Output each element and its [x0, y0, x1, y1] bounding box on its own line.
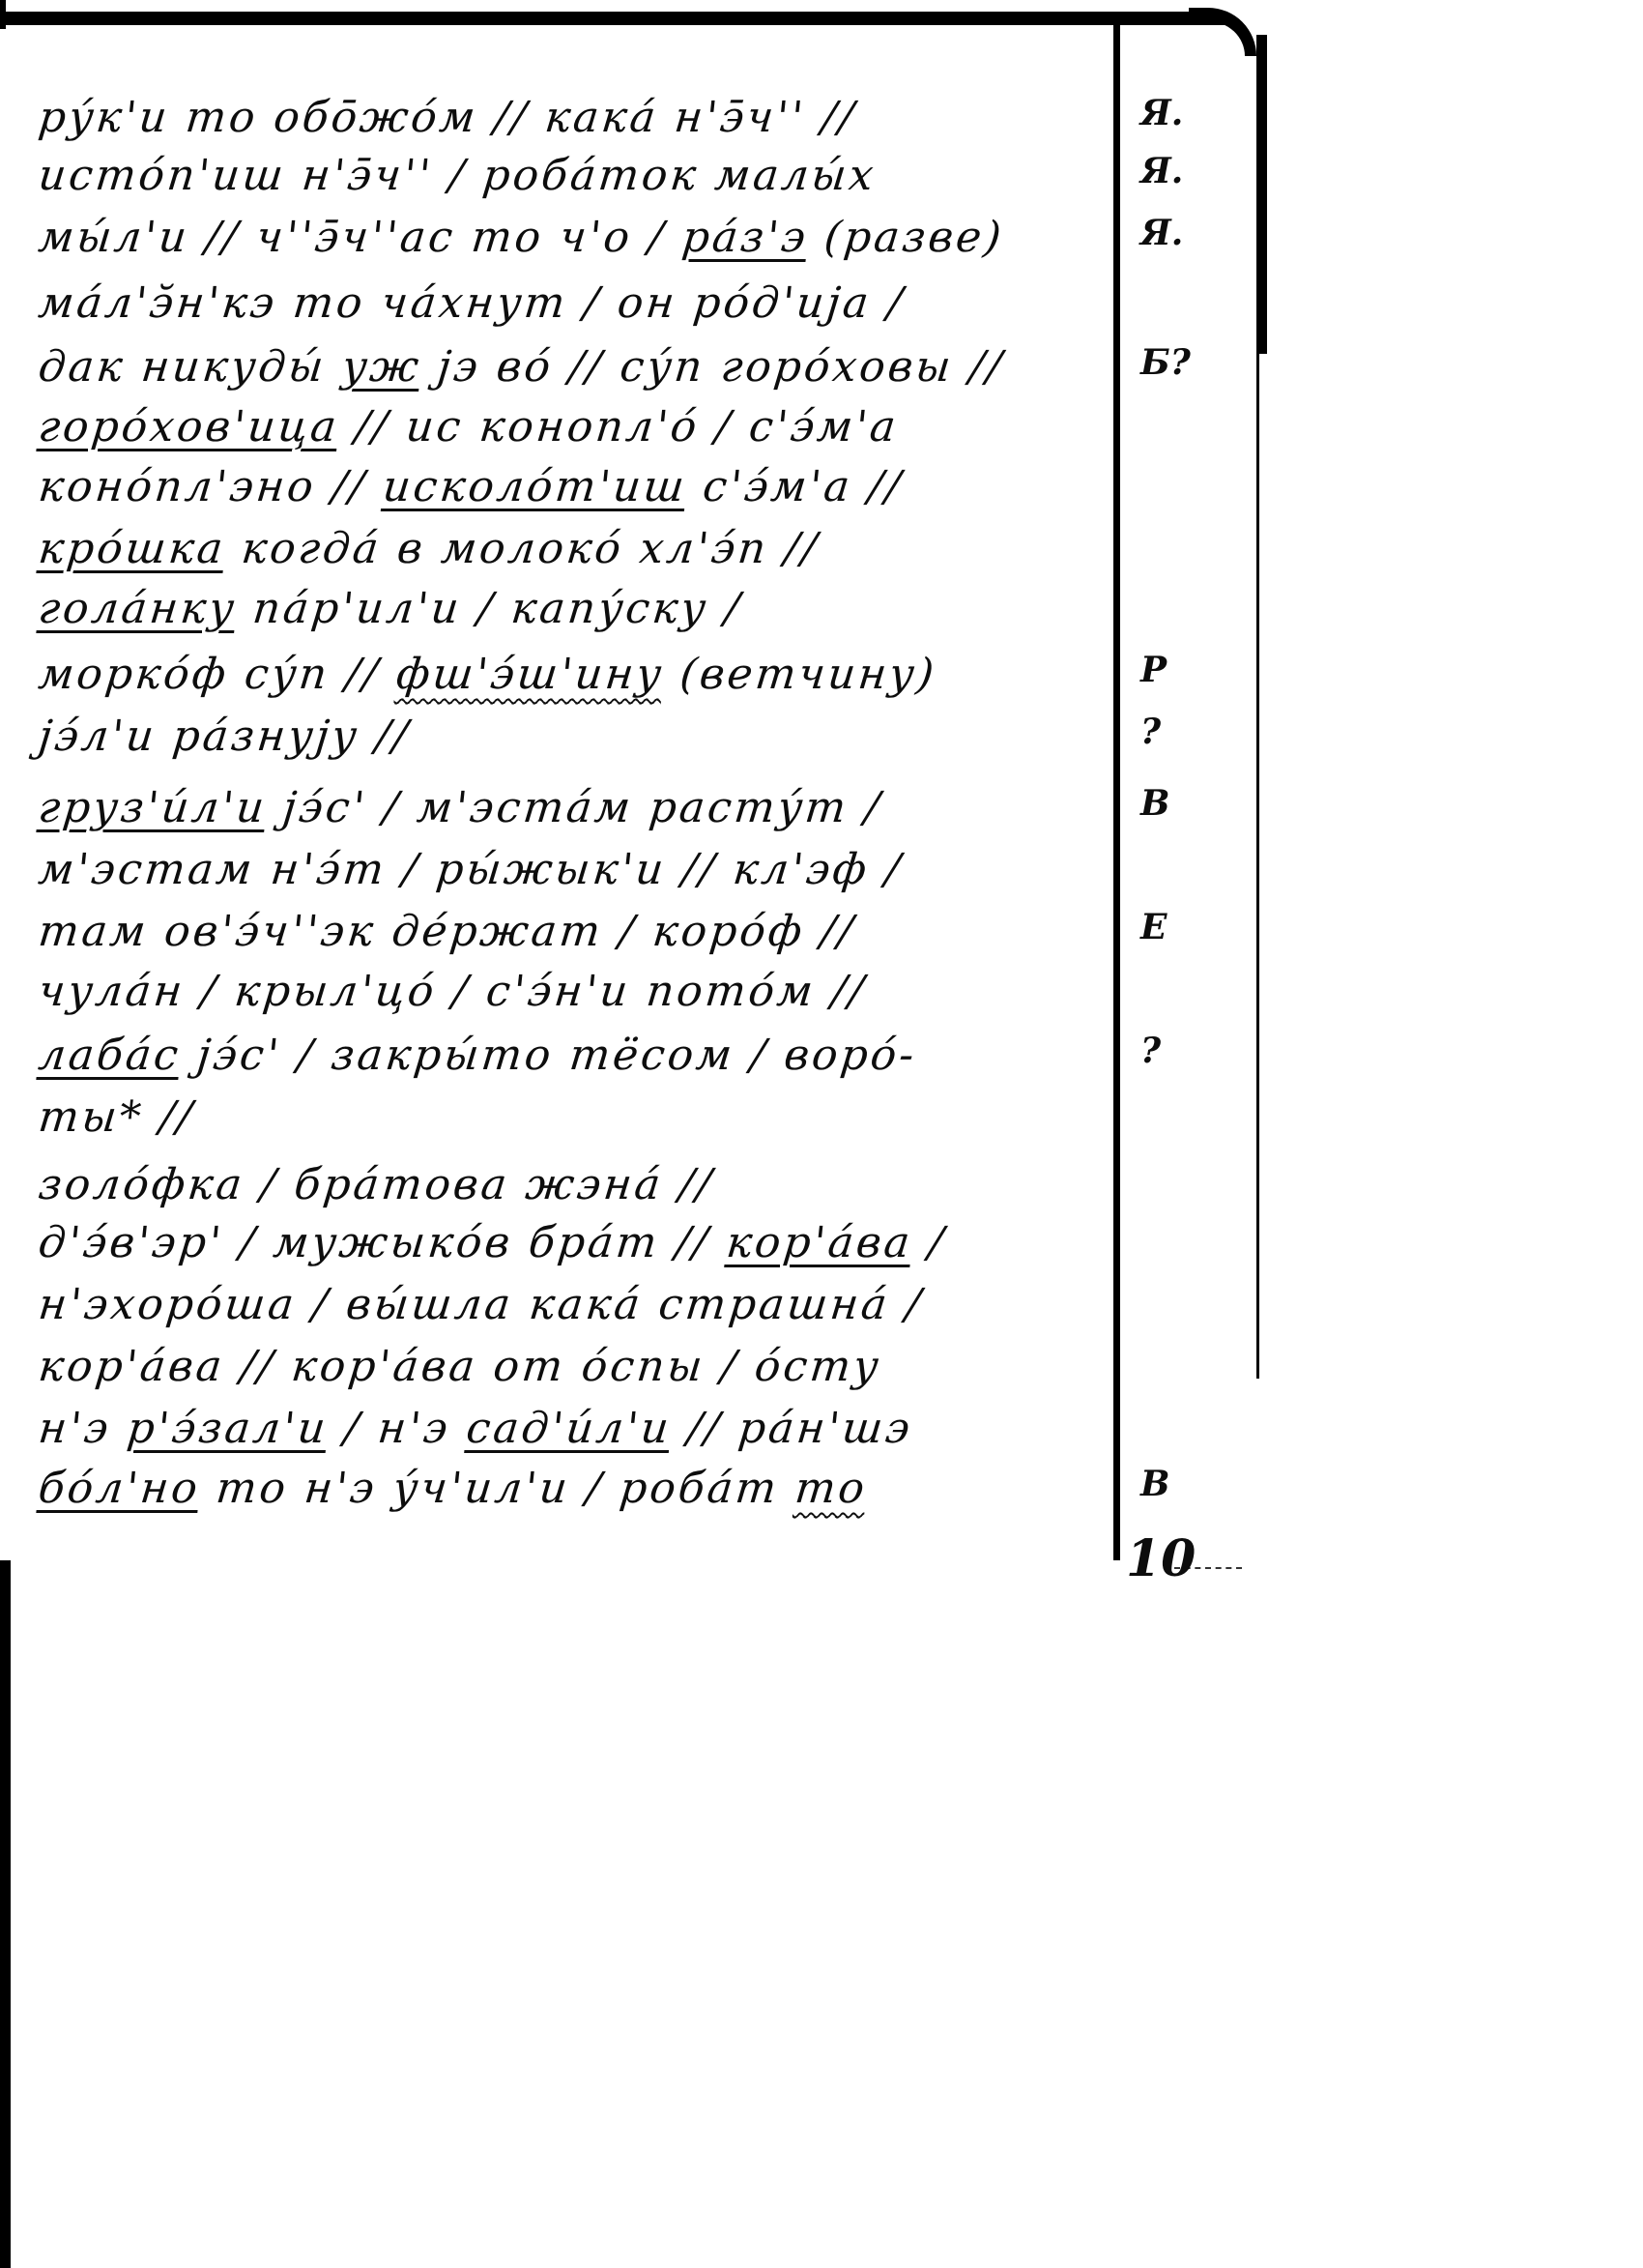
manuscript-line: мы́л'и // ч''э̄ч''ас то ч'о / ра́з'э (ра…: [36, 213, 1006, 262]
margin-annotation: Р: [1140, 650, 1167, 690]
margin-annotation: В: [1140, 1464, 1169, 1504]
underlined-word: гола́нку: [36, 584, 239, 633]
line-text: jэ во́ // су́п горо́ховы //: [418, 342, 1007, 392]
manuscript-line: бо́л'но то н'э у́ч'ил'и / роба́т то: [36, 1464, 869, 1513]
line-text: кор'а́ва // кор'а́ва от о́спы / о́сту: [36, 1342, 883, 1391]
line-text: ты* //: [36, 1092, 197, 1142]
underlined-word: лаба́с: [36, 1031, 183, 1080]
scanned-page: ру́к'и то обо̄жо́м // кака́ н'э̄ч'' //ис…: [0, 0, 1643, 2268]
line-text: jэ́с' / закры́то тёсом / воро́-: [178, 1031, 919, 1080]
line-text: / н'э: [326, 1404, 470, 1453]
manuscript-line: морко́ф су́п // фш'э́ш'ину (ветчину): [36, 650, 938, 699]
line-text: с'э́м'а //: [684, 462, 906, 511]
manuscript-line: гола́нку па́р'ил'и / капу́ску /: [36, 584, 744, 633]
page-right-border: [1256, 35, 1267, 354]
manuscript-line: м'эстам н'э́т / ры́жык'и // кл'эф /: [36, 845, 905, 894]
manuscript-line: кор'а́ва // кор'а́ва от о́спы / о́сту: [36, 1342, 883, 1391]
underlined-word: исколо́т'иш: [381, 462, 689, 511]
line-text: н'э: [36, 1404, 130, 1453]
margin-annotation: Я.: [1140, 93, 1183, 133]
line-text: морко́ф су́п //: [36, 650, 399, 699]
line-text: (разве): [805, 213, 1006, 262]
line-text: чула́н / крыл'цо́ / с'э́н'и пото́м //: [36, 967, 869, 1016]
manuscript-line: груз'и́л'и jэ́с' / м'эста́м расту́т /: [36, 783, 884, 832]
line-text: /: [909, 1218, 948, 1267]
line-text: коно́пл'эно //: [36, 462, 386, 511]
line-text: золо́фка / бра́това жэна́ //: [36, 1160, 716, 1209]
underlined-word: фш'э́ш'ину: [394, 650, 667, 699]
margin-annotation: В: [1140, 783, 1169, 824]
underlined-word: р'э́зал'и: [125, 1404, 331, 1453]
line-text: па́р'ил'и / капу́ску /: [234, 584, 744, 633]
line-text: // ра́н'шэ: [669, 1404, 915, 1453]
manuscript-line: горо́хов'ица // ис конопл'о́ / с'э́м'а: [36, 402, 901, 451]
manuscript-line: ру́к'и то обо̄жо́м // кака́ н'э̄ч'' //: [36, 93, 858, 142]
underlined-word: бо́л'но: [36, 1464, 202, 1513]
left-edge-shadow-top: [0, 0, 6, 29]
line-text: дак никуды́: [36, 342, 345, 392]
page-top-border: [0, 12, 1237, 25]
manuscript-line: золо́фка / бра́това жэна́ //: [36, 1160, 716, 1209]
manuscript-line: дак никуды́ уж jэ во́ // су́п горо́ховы …: [36, 342, 1006, 392]
page-right-border-thin: [1256, 354, 1259, 1379]
manuscript-line: коно́пл'эно // исколо́т'иш с'э́м'а //: [36, 462, 906, 511]
line-text: там ов'э́ч''эк де́ржат / коро́ф //: [36, 907, 857, 956]
manuscript-line: лаба́с jэ́с' / закры́то тёсом / воро́-: [36, 1031, 919, 1080]
manuscript-line: н'э р'э́зал'и / н'э сад'и́л'и // ра́н'шэ: [36, 1404, 914, 1453]
underlined-word: горо́хов'ица: [36, 402, 341, 451]
underlined-word: кро́шка: [36, 524, 227, 573]
line-text: м'эстам н'э́т / ры́жык'и // кл'эф /: [36, 845, 905, 894]
manuscript-line: ты* //: [36, 1092, 197, 1142]
line-text: н'эхоро́ша / вы́шла кака́ страшна́ /: [36, 1280, 926, 1329]
line-text: мы́л'и // ч''э̄ч''ас то ч'о /: [36, 213, 684, 262]
margin-annotation: Я.: [1140, 151, 1183, 191]
underlined-word: кор'а́ва: [724, 1218, 914, 1267]
margin-annotation: ?: [1140, 1031, 1161, 1071]
margin-rule-line: [1113, 14, 1120, 1560]
page-number: 10: [1126, 1529, 1196, 1588]
margin-annotation: Е: [1140, 907, 1167, 947]
margin-annotation: Я.: [1140, 213, 1183, 253]
manuscript-line: там ов'э́ч''эк де́ржат / коро́ф //: [36, 907, 857, 956]
line-text: ма́л'э̆н'кэ то ча́хнут / он ро́д'иjа /: [36, 278, 908, 328]
manuscript-line: кро́шка когда́ в молоко́ хл'э́п //: [36, 524, 821, 573]
manuscript-line: ма́л'э̆н'кэ то ча́хнут / он ро́д'иjа /: [36, 278, 908, 328]
underlined-word: сад'и́л'и: [464, 1404, 674, 1453]
line-text: исто́п'иш н'э̄ч'' / роба́ток малы́х: [36, 151, 879, 200]
line-text: то н'э у́ч'ил'и / роба́т: [197, 1464, 797, 1513]
underlined-word: ра́з'э: [679, 213, 811, 262]
line-text: jэ́л'и ра́знуjу //: [36, 712, 413, 761]
manuscript-line: д'э́в'эр' / мужыко́в бра́т // кор'а́ва /: [36, 1218, 948, 1267]
manuscript-line: исто́п'иш н'э̄ч'' / роба́ток малы́х: [36, 151, 879, 200]
manuscript-line: н'эхоро́ша / вы́шла кака́ страшна́ /: [36, 1280, 926, 1329]
margin-annotation: Б?: [1140, 342, 1191, 383]
margin-annotation: ?: [1140, 712, 1161, 752]
underlined-word: уж: [340, 342, 424, 392]
left-edge-shadow-bottom: [0, 1560, 11, 2268]
manuscript-line: jэ́л'и ра́знуjу //: [36, 712, 413, 761]
line-text: jэ́с' / м'эста́м расту́т /: [264, 783, 884, 832]
line-text: д'э́в'эр' / мужыко́в бра́т //: [36, 1218, 729, 1267]
manuscript-line: чула́н / крыл'цо́ / с'э́н'и пото́м //: [36, 967, 869, 1016]
line-text: // ис конопл'о́ / с'э́м'а: [336, 402, 901, 451]
underlined-word: то: [793, 1464, 870, 1513]
line-text: ру́к'и то обо̄жо́м // кака́ н'э̄ч'' //: [36, 93, 858, 142]
page-corner-curve: [1189, 8, 1256, 56]
line-text: когда́ в молоко́ хл'э́п //: [222, 524, 821, 573]
line-text: (ветчину): [661, 650, 938, 699]
underlined-word: груз'и́л'и: [36, 783, 269, 832]
